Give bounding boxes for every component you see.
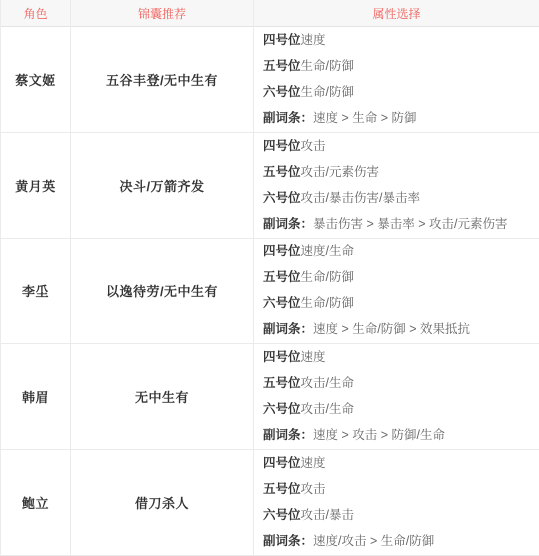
attr-value: 速度 <box>301 456 326 470</box>
recommendation: 借刀杀人 <box>71 450 254 556</box>
attr-line: 五号位攻击/元素伤害 <box>263 166 379 179</box>
recommendation: 无中生有 <box>71 344 254 450</box>
character-name: 黄月英 <box>1 133 71 239</box>
attr-label: 五号位 <box>263 165 301 179</box>
column-header-attributes: 属性选择 <box>254 0 539 27</box>
attr-label: 四号位 <box>263 244 301 258</box>
attr-line: 四号位速度/生命 <box>263 245 354 258</box>
attr-value: 速度 <box>301 350 326 364</box>
attr-label: 四号位 <box>263 33 301 47</box>
table-row: 李坕 以逸待劳/无中生有 四号位速度/生命 五号位生命/防御 六号位生命/防御 … <box>1 239 539 345</box>
attribute-list: 四号位速度/生命 五号位生命/防御 六号位生命/防御 副词条：速度 > 生命/防… <box>254 239 539 345</box>
attr-line: 副词条：速度 > 生命 > 防御 <box>263 112 417 125</box>
table-row: 黄月英 决斗/万箭齐发 四号位攻击 五号位攻击/元素伤害 六号位攻击/暴击伤害/… <box>1 133 539 239</box>
attr-line: 五号位攻击/生命 <box>263 377 354 390</box>
attr-label: 六号位 <box>263 402 301 416</box>
attr-label: 五号位 <box>263 376 301 390</box>
attr-value: 生命/防御 <box>301 296 354 310</box>
attr-line: 六号位攻击/暴击 <box>263 509 354 522</box>
attr-label: 四号位 <box>263 139 301 153</box>
attr-value: 速度 > 生命/防御 > 效果抵抗 <box>313 322 470 336</box>
table-row: 蔡文姬 五谷丰登/无中生有 四号位速度 五号位生命/防御 六号位生命/防御 副词… <box>1 27 539 133</box>
attr-value: 攻击/暴击伤害/暴击率 <box>301 191 420 205</box>
attr-label: 副词条： <box>263 534 313 548</box>
attr-value: 攻击/元素伤害 <box>301 165 379 179</box>
attr-line: 副词条：暴击伤害 > 暴击率 > 攻击/元素伤害 <box>263 218 507 231</box>
attr-value: 生命/防御 <box>301 59 354 73</box>
recommendation: 决斗/万箭齐发 <box>71 133 254 239</box>
attr-value: 速度 > 生命 > 防御 <box>313 111 417 125</box>
attr-value: 暴击伤害 > 暴击率 > 攻击/元素伤害 <box>313 217 507 231</box>
character-name: 蔡文姬 <box>1 27 71 133</box>
attr-value: 速度/攻击 > 生命/防御 <box>313 534 434 548</box>
attr-label: 副词条： <box>263 322 313 336</box>
column-header-character: 角色 <box>1 0 71 27</box>
attr-label: 四号位 <box>263 456 301 470</box>
attr-value: 攻击/生命 <box>301 376 354 390</box>
attr-line: 副词条：速度 > 生命/防御 > 效果抵抗 <box>263 323 470 336</box>
attr-value: 攻击 <box>301 139 326 153</box>
attr-label: 六号位 <box>263 85 301 99</box>
attr-value: 速度 > 攻击 > 防御/生命 <box>313 428 445 442</box>
attr-label: 五号位 <box>263 59 301 73</box>
attr-label: 副词条： <box>263 428 313 442</box>
table-row: 韩眉 无中生有 四号位速度 五号位攻击/生命 六号位攻击/生命 副词条：速度 >… <box>1 344 539 450</box>
attr-label: 副词条： <box>263 111 313 125</box>
attr-value: 生命/防御 <box>301 270 354 284</box>
attr-value: 生命/防御 <box>301 85 354 99</box>
recommendation: 五谷丰登/无中生有 <box>71 27 254 133</box>
character-name: 李坕 <box>1 239 71 345</box>
attribute-list: 四号位速度 五号位攻击 六号位攻击/暴击 副词条：速度/攻击 > 生命/防御 <box>254 450 539 556</box>
attr-label: 六号位 <box>263 296 301 310</box>
attr-line: 六号位攻击/生命 <box>263 403 354 416</box>
attr-line: 五号位生命/防御 <box>263 271 354 284</box>
attr-line: 六号位生命/防御 <box>263 86 354 99</box>
character-name: 鲍立 <box>1 450 71 556</box>
attr-line: 副词条：速度 > 攻击 > 防御/生命 <box>263 429 445 442</box>
attribute-list: 四号位速度 五号位生命/防御 六号位生命/防御 副词条：速度 > 生命 > 防御 <box>254 27 539 133</box>
attr-line: 五号位攻击 <box>263 483 326 496</box>
attr-value: 速度/生命 <box>301 244 354 258</box>
recommendation: 以逸待劳/无中生有 <box>71 239 254 345</box>
character-name: 韩眉 <box>1 344 71 450</box>
attr-label: 五号位 <box>263 482 301 496</box>
table-row: 鲍立 借刀杀人 四号位速度 五号位攻击 六号位攻击/暴击 副词条：速度/攻击 >… <box>1 450 539 556</box>
attr-line: 四号位攻击 <box>263 140 326 153</box>
guide-table: 角色 锦囊推荐 属性选择 蔡文姬 五谷丰登/无中生有 四号位速度 五号位生命/防… <box>0 0 539 556</box>
attr-value: 攻击 <box>301 482 326 496</box>
attribute-list: 四号位攻击 五号位攻击/元素伤害 六号位攻击/暴击伤害/暴击率 副词条：暴击伤害… <box>254 133 539 239</box>
attr-label: 四号位 <box>263 350 301 364</box>
table-header-row: 角色 锦囊推荐 属性选择 <box>1 0 539 27</box>
attr-value: 攻击/生命 <box>301 402 354 416</box>
attribute-list: 四号位速度 五号位攻击/生命 六号位攻击/生命 副词条：速度 > 攻击 > 防御… <box>254 344 539 450</box>
attr-line: 四号位速度 <box>263 457 326 470</box>
attr-line: 四号位速度 <box>263 351 326 364</box>
attr-label: 副词条： <box>263 217 313 231</box>
attr-line: 四号位速度 <box>263 34 326 47</box>
attr-value: 速度 <box>301 33 326 47</box>
attr-line: 六号位生命/防御 <box>263 297 354 310</box>
attr-line: 五号位生命/防御 <box>263 60 354 73</box>
attr-label: 六号位 <box>263 191 301 205</box>
attr-value: 攻击/暴击 <box>301 508 354 522</box>
attr-label: 六号位 <box>263 508 301 522</box>
attr-label: 五号位 <box>263 270 301 284</box>
attr-line: 六号位攻击/暴击伤害/暴击率 <box>263 192 420 205</box>
column-header-recommendation: 锦囊推荐 <box>71 0 254 27</box>
attr-line: 副词条：速度/攻击 > 生命/防御 <box>263 535 434 548</box>
